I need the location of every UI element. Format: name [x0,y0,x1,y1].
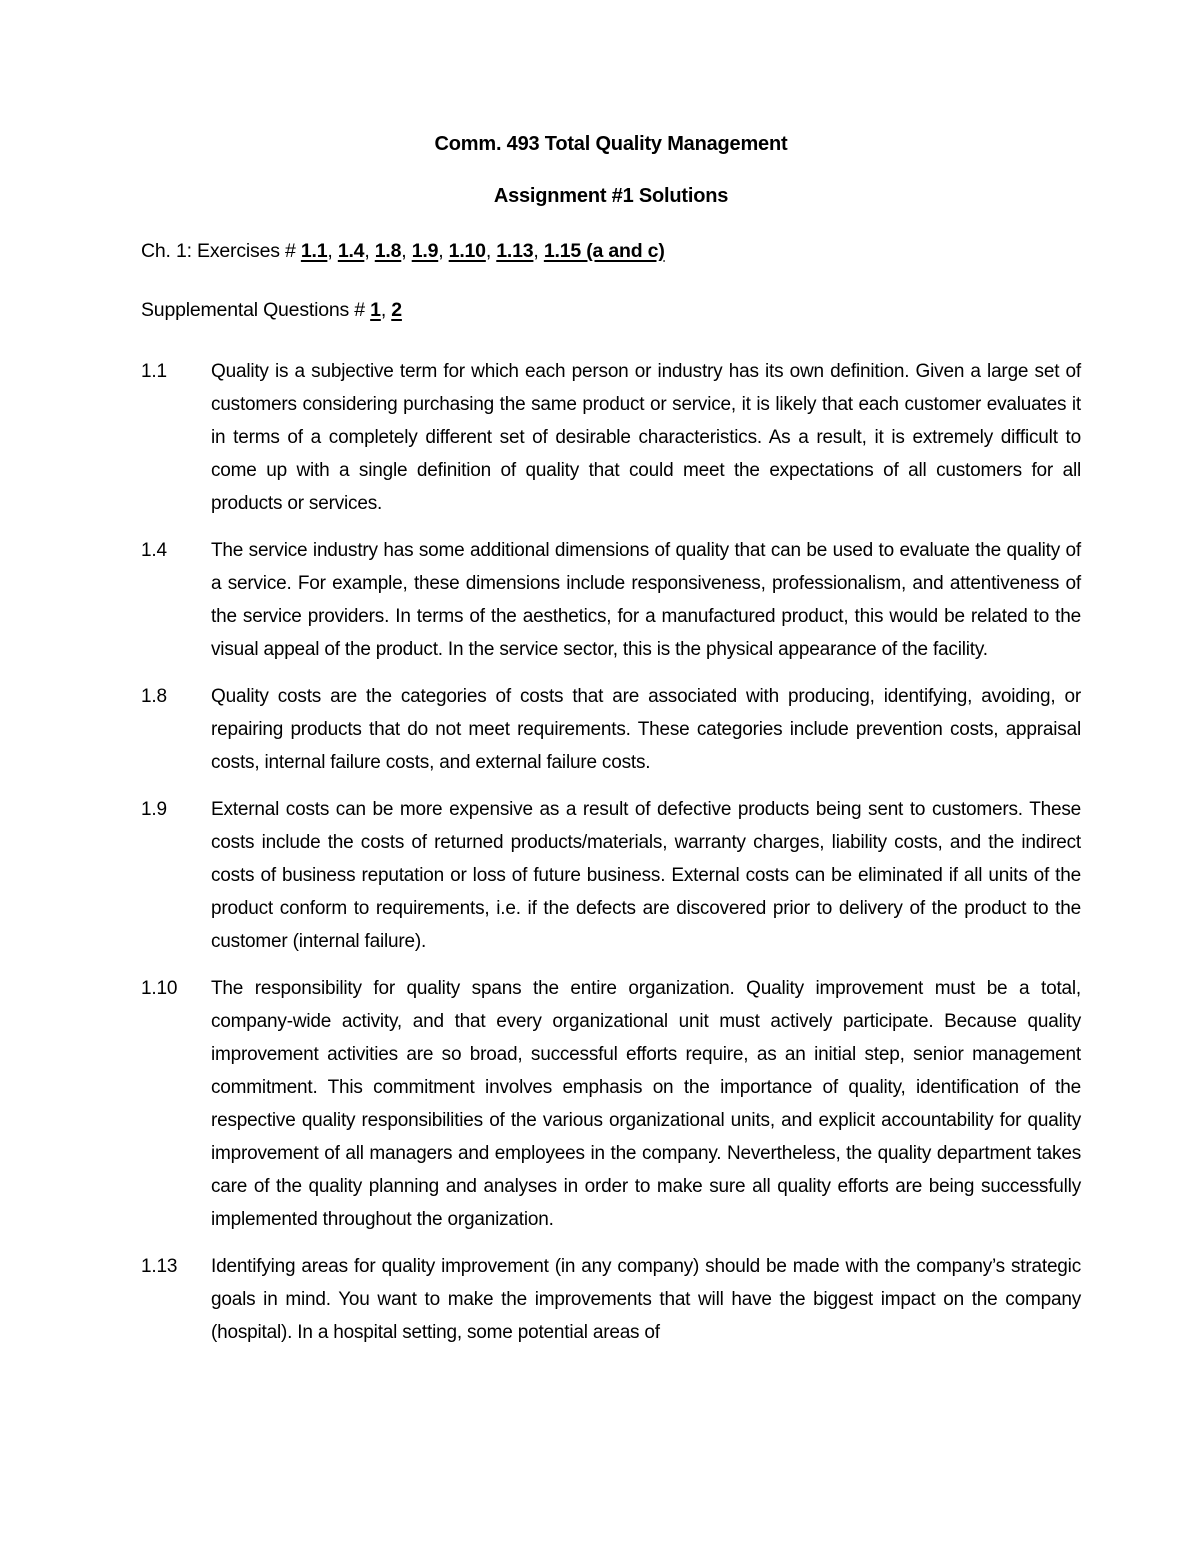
document-page: Comm. 493 Total Quality Management Assig… [0,0,1200,1553]
exercise-number: 1.13 [496,240,533,262]
answer-number: 1.13 [141,1250,211,1349]
exercise-number: 1.15 (a and c) [544,240,665,262]
supplemental-number-list: 1, 2 [370,299,402,321]
exercise-number: 1 [370,299,381,321]
answer-item: 1.13 Identifying areas for quality impro… [141,1250,1081,1349]
answer-item: 1.8 Quality costs are the categories of … [141,680,1081,779]
exercises-line: Ch. 1: Exercises # 1.1, 1.4, 1.8, 1.9, 1… [141,237,1081,265]
supplemental-line-prefix: Supplemental Questions # [141,299,370,321]
exercises-line-prefix: Ch. 1: Exercises # [141,240,301,262]
exercise-number: 1.1 [301,240,328,262]
exercise-number: 2 [391,299,402,321]
exercise-number: 1.9 [412,240,439,262]
answer-text: Quality costs are the categories of cost… [211,680,1081,779]
exercise-number: 1.8 [375,240,402,262]
answer-item: 1.9 External costs can be more expensive… [141,793,1081,958]
answer-text: Identifying areas for quality improvemen… [211,1250,1081,1349]
answer-number: 1.8 [141,680,211,779]
answer-text: The responsibility for quality spans the… [211,972,1081,1236]
answer-text: Quality is a subjective term for which e… [211,355,1081,520]
answer-item: 1.4 The service industry has some additi… [141,534,1081,666]
exercise-number: 1.4 [338,240,365,262]
answers-section: 1.1 Quality is a subjective term for whi… [141,355,1081,1349]
exercises-number-list: 1.1, 1.4, 1.8, 1.9, 1.10, 1.13, 1.15 (a … [301,240,665,262]
answer-number: 1.1 [141,355,211,520]
document-subtitle: Assignment #1 Solutions [141,182,1081,210]
answer-item: 1.10 The responsibility for quality span… [141,972,1081,1236]
answer-number: 1.9 [141,793,211,958]
answer-text: The service industry has some additional… [211,534,1081,666]
document-title: Comm. 493 Total Quality Management [141,130,1081,158]
answer-item: 1.1 Quality is a subjective term for whi… [141,355,1081,520]
answer-number: 1.10 [141,972,211,1236]
supplemental-line: Supplemental Questions # 1, 2 [141,296,1081,324]
answer-text: External costs can be more expensive as … [211,793,1081,958]
answer-number: 1.4 [141,534,211,666]
exercise-number: 1.10 [449,240,486,262]
